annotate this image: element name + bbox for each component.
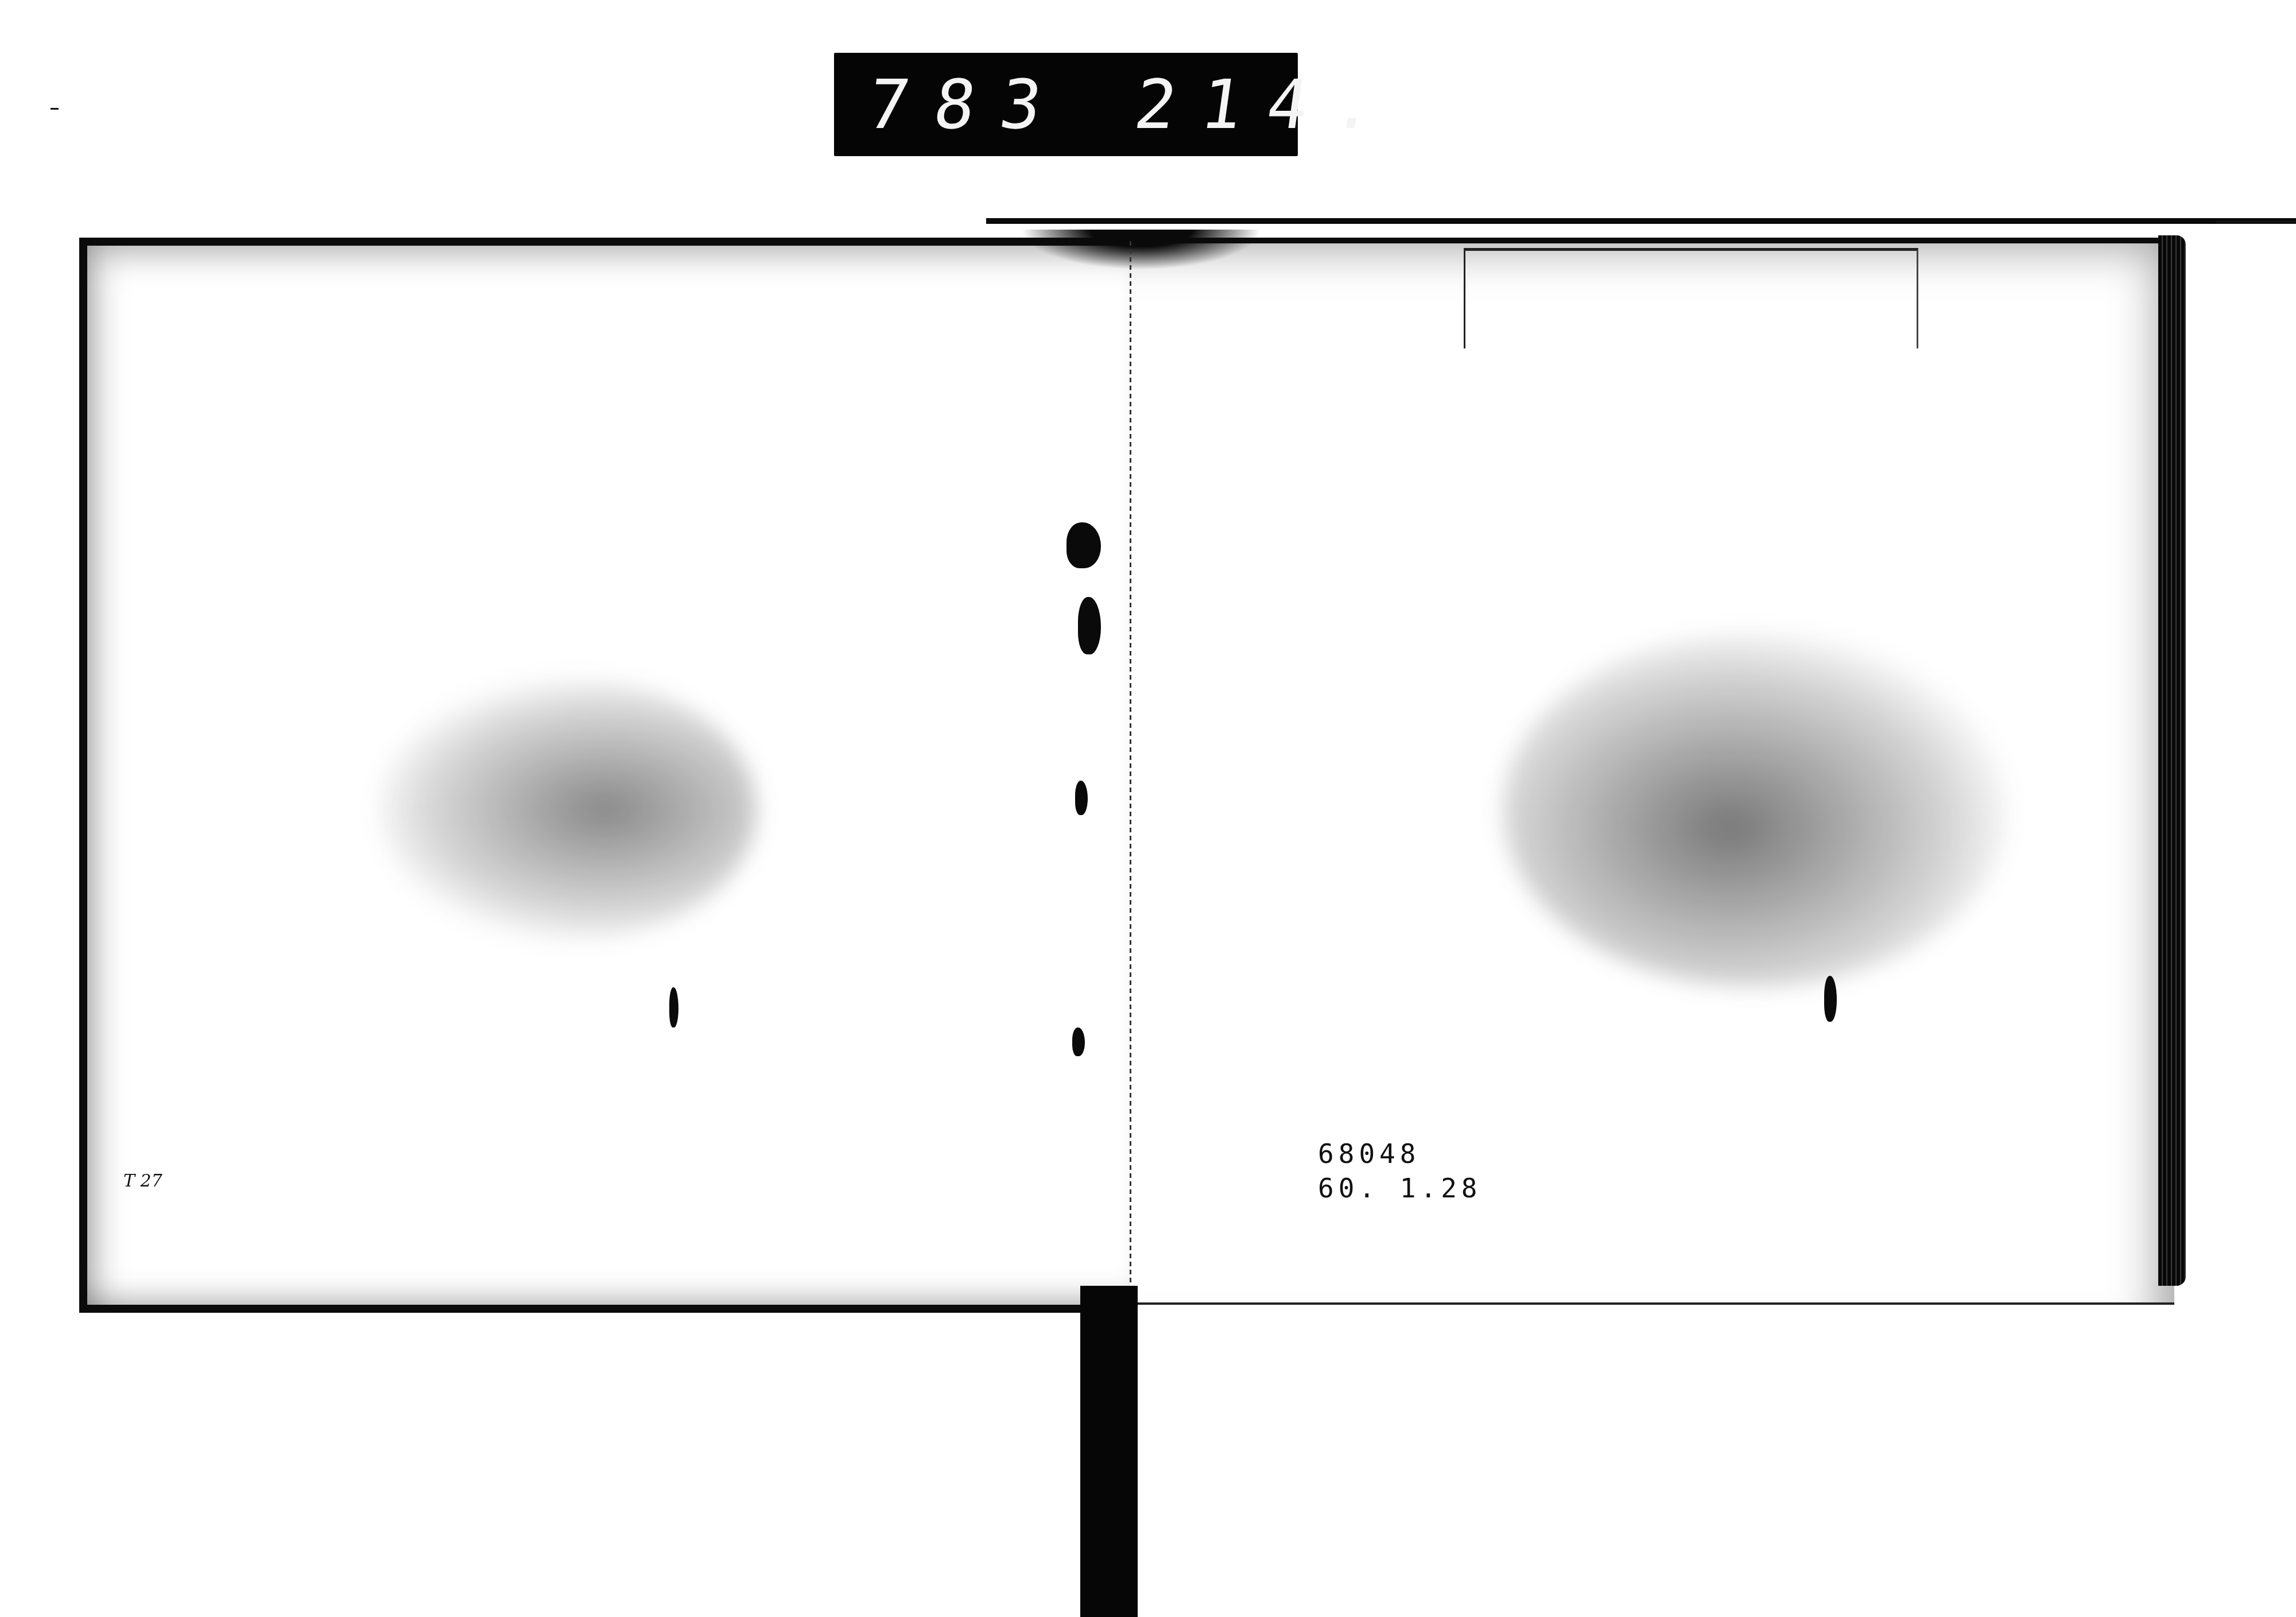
frame-counter: 783 214. <box>834 53 1298 156</box>
ruled-box <box>1464 248 1918 348</box>
ink-blot <box>1824 976 1837 1022</box>
frame-number: 214. <box>1131 70 1405 139</box>
accession-date: 60. 1.28 <box>1318 1171 1482 1205</box>
gutter-fold <box>1130 241 1131 1292</box>
scan-mark <box>51 108 59 110</box>
ink-blot <box>1078 597 1101 654</box>
reel-number: 783 <box>864 70 1072 139</box>
spine-top-shadow <box>1021 230 1262 270</box>
bleed-through-stain-left <box>378 677 757 941</box>
top-edge-rule <box>986 218 2296 224</box>
ink-blot <box>1072 1027 1085 1056</box>
ink-blot <box>669 987 678 1027</box>
ink-blot <box>1075 781 1088 815</box>
film-leader-strip <box>1080 1286 1138 1617</box>
page-block-edge <box>2158 235 2186 1286</box>
bleed-through-stain-right <box>1503 631 2008 987</box>
book-spread: T 27 <box>79 230 2203 1309</box>
accession-stamp: 68048 60. 1.28 <box>1318 1137 1482 1205</box>
edge-rule-right <box>2216 220 2296 224</box>
marginal-annotation: T 27 <box>123 1171 162 1192</box>
accession-number: 68048 <box>1318 1137 1482 1171</box>
ink-blot <box>1066 522 1101 568</box>
